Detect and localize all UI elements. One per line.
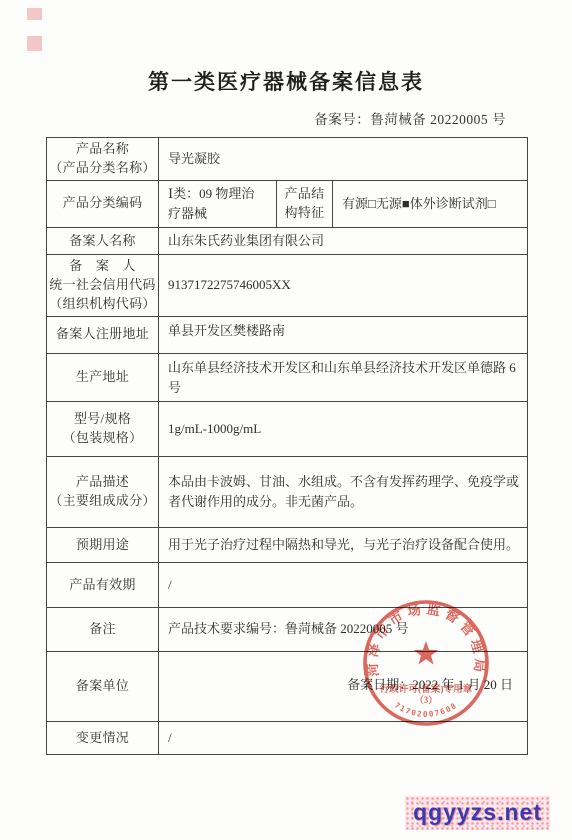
issuer-block: 菏泽市市场监督管理局 备案日期：2022 年 1 月 20 日: [347, 651, 513, 717]
row-label: 备 案 人 统一社会信用代码 （组织机构代码）: [47, 255, 159, 317]
row-label: 备注: [47, 607, 159, 651]
table-row-prod-address: 生产地址 山东单县经济技术开发区和山东单县经济技术开发区单德路 6 号: [47, 353, 528, 401]
registration-info-table: 产品名称 （产品分类名称） 导光凝胶 产品分类编码 Ⅰ类：09 物理治 疗器械 …: [46, 137, 528, 755]
record-number: 备案号：鲁菏械备 20220005 号: [314, 108, 506, 128]
row-label: 产品名称 （产品分类名称）: [47, 138, 159, 181]
table-row-class-code: 产品分类编码 Ⅰ类：09 物理治 疗器械 产品结 构特征 有源□无源■体外诊断试…: [47, 180, 528, 227]
table-row-record-unit: 备案单位 菏泽市市场监督管理局 备案日期：2022 年 1 月 20 日: [47, 651, 528, 721]
record-date: 备案日期：2022 年 1 月 20 日: [347, 675, 513, 696]
table-row-changes: 变更情况 /: [47, 721, 528, 754]
remarks-value: 产品技术要求编号：鲁菏械备 20220005 号: [159, 607, 528, 651]
row-label: 产品描述 （主要组成成分）: [47, 456, 159, 527]
table-row-product-name: 产品名称 （产品分类名称） 导光凝胶: [47, 138, 528, 181]
class-code-value: Ⅰ类：09 物理治 疗器械: [159, 180, 277, 227]
record-unit-cell: 菏泽市市场监督管理局 备案日期：2022 年 1 月 20 日: [159, 651, 528, 721]
row-label: 产品分类编码: [47, 180, 159, 227]
table-row-reg-address: 备案人注册地址 单县开发区樊楼路南: [47, 316, 528, 353]
table-row-description: 产品描述 （主要组成成分） 本品由卡波姆、甘油、水组成。不含有发挥药理学、免疫学…: [47, 456, 528, 527]
filer-name-value: 山东朱氏药业集团有限公司: [159, 227, 528, 254]
issuing-authority: 菏泽市市场监督管理局: [347, 651, 513, 654]
table-row-filer-name: 备案人名称 山东朱氏药业集团有限公司: [47, 227, 528, 254]
row-label: 生产地址: [47, 353, 159, 401]
product-name-value: 导光凝胶: [159, 138, 528, 181]
table-row-intended-use: 预期用途 用于光子治疗过程中隔热和导光，与光子治疗设备配合使用。: [47, 527, 528, 562]
row-label: 备案人注册地址: [47, 316, 159, 353]
structure-feature-value: 有源□无源■体外诊断试剂□: [333, 180, 528, 227]
site-watermark: qgyyzs.net: [405, 796, 550, 830]
table-row-remarks: 备注 产品技术要求编号：鲁菏械备 20220005 号: [47, 607, 528, 651]
document-page: 第一类医疗器械备案信息表 备案号：鲁菏械备 20220005 号 产品名称 （产…: [0, 0, 572, 840]
row-label: 预期用途: [47, 527, 159, 562]
row-label: 型号/规格 （包装规格）: [47, 401, 159, 456]
table-row-shelf-life: 产品有效期 /: [47, 562, 528, 607]
credit-code-value: 9137172275746005XX: [159, 255, 528, 317]
structure-feature-label: 产品结 构特征: [277, 180, 333, 227]
row-label: 变更情况: [47, 721, 159, 754]
model-spec-value: 1g/mL-1000g/mL: [159, 401, 528, 456]
shelf-life-value: /: [159, 562, 528, 607]
page-title: 第一类医疗器械备案信息表: [0, 66, 572, 96]
table-row-model-spec: 型号/规格 （包装规格） 1g/mL-1000g/mL: [47, 401, 528, 456]
description-value: 本品由卡波姆、甘油、水组成。不含有发挥药理学、免疫学或者代谢作用的成分。非无菌产…: [159, 456, 528, 527]
row-label: 备案人名称: [47, 227, 159, 254]
scan-artifact-mark: [27, 36, 42, 51]
row-label: 产品有效期: [47, 562, 159, 607]
reg-address-value: 单县开发区樊楼路南: [159, 316, 528, 353]
intended-use-value: 用于光子治疗过程中隔热和导光，与光子治疗设备配合使用。: [159, 527, 528, 562]
changes-value: /: [159, 721, 528, 754]
row-label: 备案单位: [47, 651, 159, 721]
prod-address-value: 山东单县经济技术开发区和山东单县经济技术开发区单德路 6 号: [159, 353, 528, 401]
scan-artifact-mark: [27, 8, 42, 20]
table-row-credit-code: 备 案 人 统一社会信用代码 （组织机构代码） 9137172275746005…: [47, 255, 528, 317]
